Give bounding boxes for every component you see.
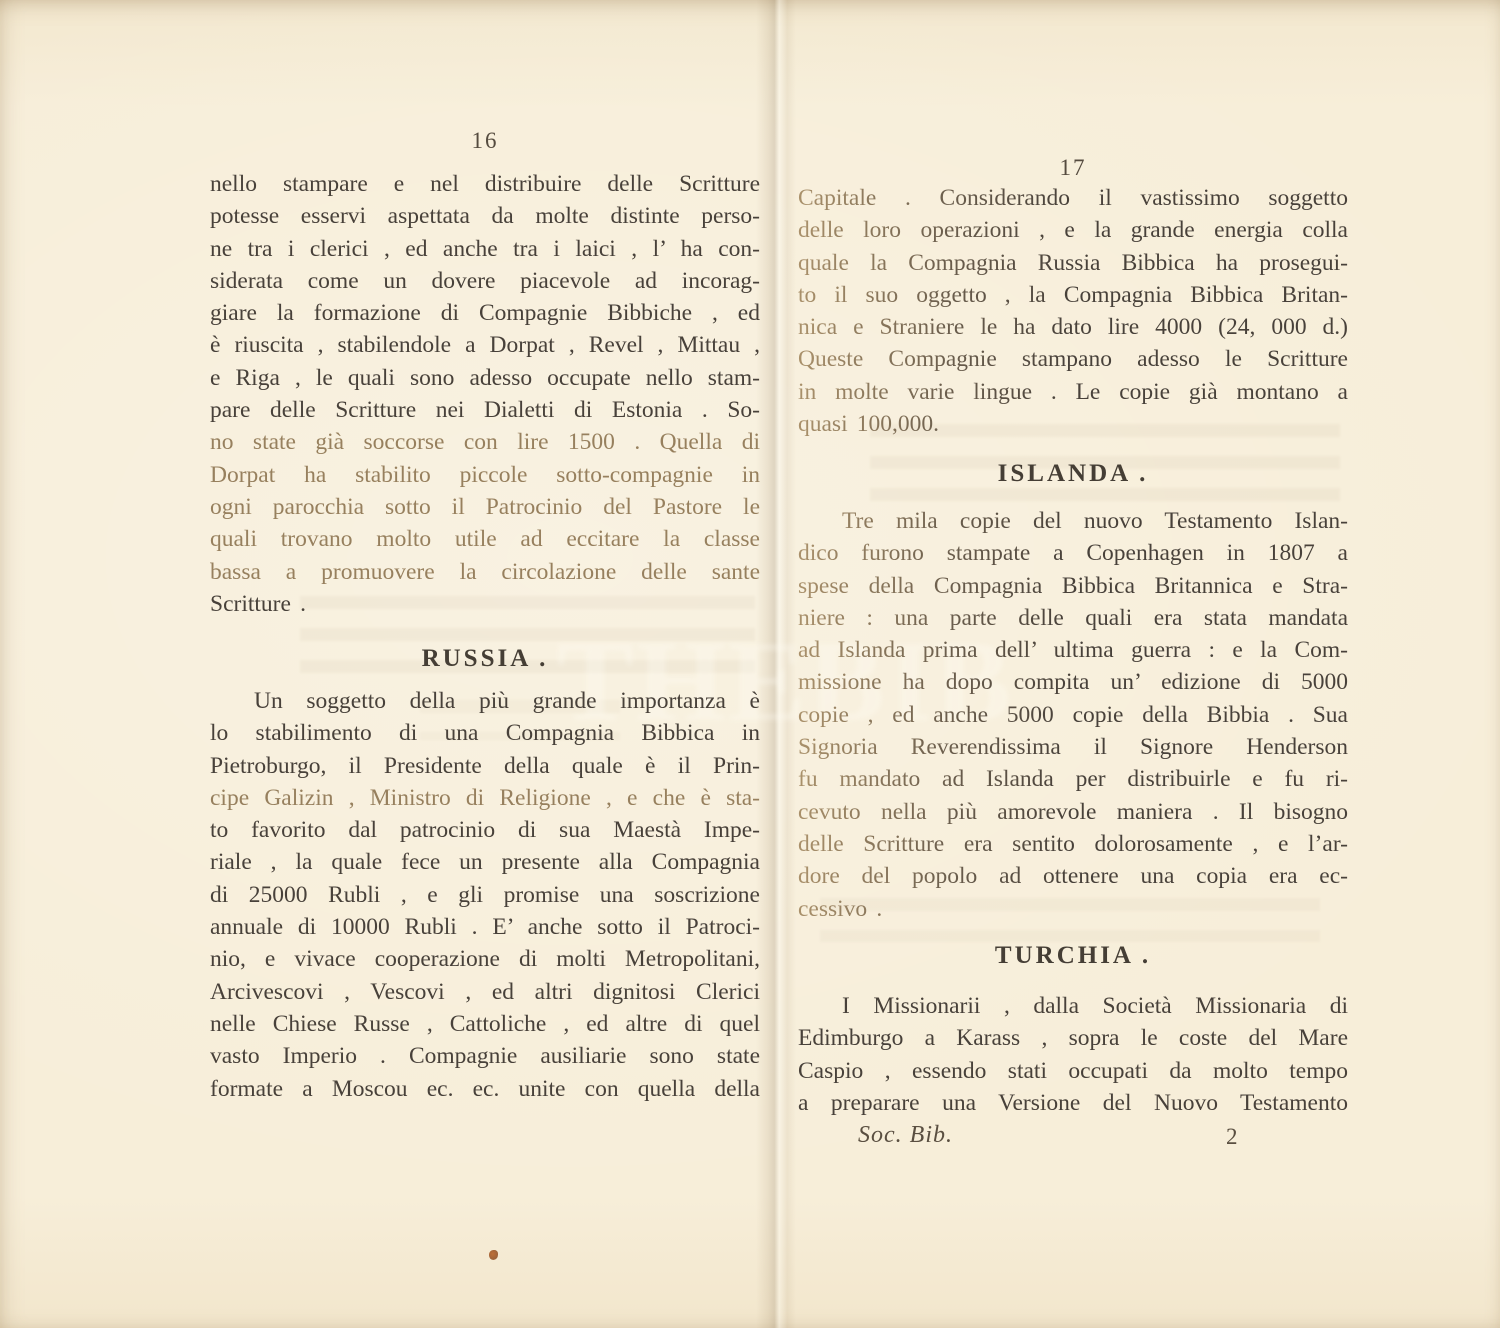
text-line: pare delle Scritture nei Dialetti di Est… <box>210 394 760 426</box>
text-line: Dorpat ha stabilito piccole sotto-compag… <box>210 459 760 491</box>
paragraph: Capitale . Considerando il vastissimo so… <box>798 182 1348 440</box>
text-line: vasto Imperio . Compagnie ausiliarie son… <box>210 1040 760 1072</box>
section-heading: TURCHIA . <box>798 942 1348 970</box>
page-number-right: 17 <box>798 155 1348 181</box>
text-line: quale la Compagnia Russia Bibbica ha pro… <box>798 247 1348 279</box>
page-number-left: 16 <box>210 128 760 154</box>
text-line: Signoria Reverendissima il Signore Hende… <box>798 731 1348 763</box>
text-line: Arcivescovi , Vescovi , ed altri dignito… <box>210 976 760 1008</box>
text-line: ne tra i clerici , ed anche tra i laici … <box>210 233 760 265</box>
text-line: Capitale . Considerando il vastissimo so… <box>798 182 1348 214</box>
text-line: ogni parocchia sotto il Patrocinio del P… <box>210 491 760 523</box>
section-heading: ISLANDA . <box>798 460 1348 488</box>
text-line: Queste Compagnie stampano adesso le Scri… <box>798 343 1348 375</box>
text-line: a preparare una Versione del Nuovo Testa… <box>798 1087 1348 1119</box>
text-line: e Riga , le quali sono adesso occupate n… <box>210 362 760 394</box>
text-line: cessivo . <box>798 893 1348 925</box>
text-line: fu mandato ad Islanda per distribuirle e… <box>798 763 1348 795</box>
text-line: delle Scritture era sentito dolorosament… <box>798 828 1348 860</box>
text-line: missione ha dopo compita un’ edizione di… <box>798 666 1348 698</box>
text-line: bassa a promuovere la circolazione delle… <box>210 556 760 588</box>
text-line: quali trovano molto utile ad eccitare la… <box>210 523 760 555</box>
text-line: Scritture . <box>210 588 760 620</box>
text-line: cevuto nella più amorevole maniera . Il … <box>798 796 1348 828</box>
text-line: siderata come un dovere piacevole ad inc… <box>210 265 760 297</box>
text-line: in molte varie lingue . Le copie già mon… <box>798 376 1348 408</box>
text-line: nello stampare e nel distribuire delle S… <box>210 168 760 200</box>
text-line: Caspio , essendo stati occupati da molto… <box>798 1055 1348 1087</box>
paragraph: nello stampare e nel distribuire delle S… <box>210 168 760 620</box>
text-line: niere : una parte delle quali era stata … <box>798 602 1348 634</box>
gathering-number: 2 <box>1226 1124 1238 1150</box>
signature-mark: Soc. Bib. <box>858 1122 953 1149</box>
text-line: Edimburgo a Karass , sopra le coste del … <box>798 1022 1348 1054</box>
text-line: Tre mila copie del nuovo Testamento Isla… <box>798 505 1348 537</box>
text-line: nica e Straniere le ha dato lire 4000 (2… <box>798 311 1348 343</box>
text-line: copie , ed anche 5000 copie della Bibbia… <box>798 699 1348 731</box>
text-line: annuale di 10000 Rubli . E’ anche sotto … <box>210 911 760 943</box>
left-page: 16 nello stampare e nel distribuire dell… <box>210 128 760 1268</box>
text-line: to favorito dal patrocinio di sua Maestà… <box>210 814 760 846</box>
text-line: dico furono stampate a Copenhagen in 180… <box>798 537 1348 569</box>
text-line: I Missionarii , dalla Società Missionari… <box>798 990 1348 1022</box>
text-line: di 25000 Rubli , e gli promise una soscr… <box>210 879 760 911</box>
text-line: potesse esservi aspettata da molte disti… <box>210 200 760 232</box>
text-line: Un soggetto della più grande importanza … <box>210 685 760 717</box>
text-line: to il suo oggetto , la Compagnia Bibbica… <box>798 279 1348 311</box>
section-heading: RUSSIA . <box>210 645 760 673</box>
paragraph: I Missionarii , dalla Società Missionari… <box>798 990 1348 1119</box>
paragraph: Tre mila copie del nuovo Testamento Isla… <box>798 505 1348 925</box>
text-line: no state già soccorse con lire 1500 . Qu… <box>210 426 760 458</box>
text-line: dore del popolo ad ottenere una copia er… <box>798 860 1348 892</box>
text-line: spese della Compagnia Bibbica Britannica… <box>798 570 1348 602</box>
text-line: quasi 100,000. <box>798 408 1348 440</box>
text-line: formate a Moscou ec. ec. unite con quell… <box>210 1073 760 1105</box>
text-line: cipe Galizin , Ministro di Religione , e… <box>210 782 760 814</box>
paragraph: Un soggetto della più grande importanza … <box>210 685 760 1105</box>
right-page: 17 Capitale . Considerando il vastissimo… <box>798 155 1348 1295</box>
text-line: nio, e vivace cooperazione di molti Metr… <box>210 943 760 975</box>
text-line: Pietroburgo, il Presidente della quale è… <box>210 750 760 782</box>
book-scan: THEBIB 16 nello stampare e nel distribui… <box>0 0 1500 1328</box>
page-gutter-crease <box>756 0 796 1328</box>
text-line: lo stabilimento di una Compagnia Bibbica… <box>210 717 760 749</box>
text-line: giare la formazione di Compagnie Bibbich… <box>210 297 760 329</box>
text-line: nelle Chiese Russe , Cattoliche , ed alt… <box>210 1008 760 1040</box>
text-line: riale , la quale fece un presente alla C… <box>210 846 760 878</box>
text-line: delle loro operazioni , e la grande ener… <box>798 214 1348 246</box>
text-line: ad Islanda prima dell’ ultima guerra : e… <box>798 634 1348 666</box>
page-footer: Soc. Bib.2 <box>798 1122 1348 1155</box>
text-line: è riuscita , stabilendole a Dorpat , Rev… <box>210 329 760 361</box>
